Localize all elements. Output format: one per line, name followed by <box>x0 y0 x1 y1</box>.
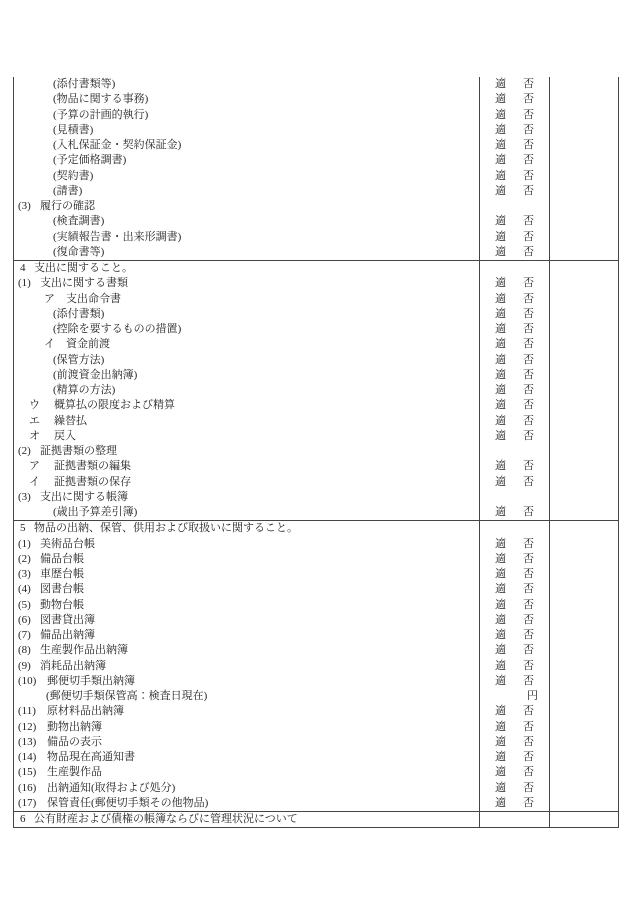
fail-mark: 否 <box>523 704 534 719</box>
table-row: (精算の方法) 適否 <box>14 383 618 398</box>
remarks-cell <box>549 429 618 444</box>
item-label-cell: (17) 保管責任(郵便切手類その他物品) <box>14 796 479 811</box>
remarks-cell <box>549 444 618 459</box>
item-number: (15) <box>18 765 47 780</box>
pass-mark: 適 <box>495 398 506 413</box>
table-row: (10) 郵便切手類出納簿 適否 <box>14 674 618 689</box>
table-row: (15) 生産製作品 適否 <box>14 765 618 780</box>
pass-fail-cell: 適否 <box>479 77 549 92</box>
item-text: (添付書類) <box>53 307 104 322</box>
item-text: 生産製作品出納簿 <box>40 643 128 658</box>
pass-fail-cell: 適否 <box>479 245 549 260</box>
pass-mark: 適 <box>495 750 506 765</box>
pass-mark: 適 <box>495 92 506 107</box>
pass-mark: 適 <box>495 613 506 628</box>
item-label-cell: (9) 消耗品出納簿 <box>14 659 479 674</box>
pass-mark: 適 <box>495 567 506 582</box>
remarks-cell <box>549 505 618 520</box>
item-label-cell: (入札保証金・契約保証金) <box>14 138 479 153</box>
pass-mark: 適 <box>495 643 506 658</box>
pass-fail-cell <box>479 199 549 214</box>
item-text: 支出に関する帳簿 <box>40 490 128 505</box>
item-text: (控除を要するものの措置) <box>53 322 181 337</box>
item-text: (予算の計画的執行) <box>53 108 148 123</box>
pass-fail-cell: 適否 <box>479 153 549 168</box>
remarks-cell <box>549 613 618 628</box>
pass-fail-cell: 適否 <box>479 796 549 811</box>
fail-mark: 否 <box>523 276 534 291</box>
remarks-cell <box>549 414 618 429</box>
item-text: (実績報告書・出来形調書) <box>53 230 181 245</box>
item-text: 公有財産および債権の帳簿ならびに管理状況について <box>34 812 298 827</box>
item-text: (入札保証金・契約保証金) <box>53 138 181 153</box>
item-label-cell: 5 物品の出納、保管、供用および取扱いに関すること。 <box>14 521 479 536</box>
item-label-cell: (11) 原材料品出納簿 <box>14 704 479 719</box>
table-row: (実績報告書・出来形調書) 適否 <box>14 230 618 245</box>
fail-mark: 否 <box>523 613 534 628</box>
pass-mark: 適 <box>495 214 506 229</box>
item-number: (17) <box>18 796 47 811</box>
item-text: 車歴台帳 <box>40 567 84 582</box>
item-label-cell: ア 証拠書類の編集 <box>14 459 479 474</box>
fail-mark: 否 <box>523 475 534 490</box>
fail-mark: 否 <box>523 598 534 613</box>
table-row: (物品に関する事務) 適否 <box>14 92 618 107</box>
item-number: (3) <box>18 567 40 582</box>
item-label-cell: (4) 図書台帳 <box>14 582 479 597</box>
table-row: (添付書類) 適否 <box>14 307 618 322</box>
fail-mark: 否 <box>523 214 534 229</box>
pass-fail-cell: 適否 <box>479 720 549 735</box>
pass-fail-cell: 適否 <box>479 582 549 597</box>
pass-mark: 適 <box>495 475 506 490</box>
pass-fail-cell: 適否 <box>479 781 549 796</box>
pass-mark: 適 <box>495 138 506 153</box>
item-label-cell: (2) 証拠書類の整理 <box>14 444 479 459</box>
table-row: (12) 動物出納簿 適否 <box>14 720 618 735</box>
fail-mark: 否 <box>523 123 534 138</box>
item-label-cell: (8) 生産製作品出納簿 <box>14 643 479 658</box>
item-number: エ <box>29 414 54 429</box>
remarks-cell <box>549 659 618 674</box>
item-label-cell: イ 証拠書類の保存 <box>14 475 479 490</box>
scanned-checklist-page: (添付書類等) 適否 (物品に関する事務) 適否 (予算の計画的執行) 適否 (… <box>0 0 630 903</box>
pass-fail-cell: 適否 <box>479 184 549 199</box>
pass-fail-cell: 適否 <box>479 613 549 628</box>
table-row: (前渡資金出納簿) 適否 <box>14 368 618 383</box>
table-row: (9) 消耗品出納簿 適否 <box>14 659 618 674</box>
pass-fail-cell: 適否 <box>479 598 549 613</box>
remarks-cell <box>549 383 618 398</box>
table-row: (検査調書) 適否 <box>14 214 618 229</box>
item-label-cell: (1) 美術品台帳 <box>14 537 479 552</box>
item-text: (歳出予算差引簿) <box>53 505 137 520</box>
table-row: (11) 原材料品出納簿 適否 <box>14 704 618 719</box>
pass-mark: 適 <box>495 230 506 245</box>
item-text: 資金前渡 <box>66 337 110 352</box>
item-label-cell: (6) 図書貸出簿 <box>14 613 479 628</box>
pass-fail-cell: 適否 <box>479 92 549 107</box>
fail-mark: 否 <box>523 184 534 199</box>
item-number: (14) <box>18 750 47 765</box>
remarks-cell <box>549 781 618 796</box>
remarks-cell <box>549 322 618 337</box>
pass-fail-cell: 適否 <box>479 750 549 765</box>
remarks-cell <box>549 153 618 168</box>
item-text: 支出に関する書類 <box>40 276 128 291</box>
item-text: (契約書) <box>53 169 93 184</box>
fail-mark: 否 <box>523 720 534 735</box>
fail-mark: 否 <box>523 659 534 674</box>
table-row: (16) 出納通知(取得および処分) 適否 <box>14 781 618 796</box>
remarks-cell <box>549 92 618 107</box>
remarks-cell <box>549 750 618 765</box>
item-label-cell: (物品に関する事務) <box>14 92 479 107</box>
pass-fail-cell <box>479 261 549 276</box>
fail-mark: 否 <box>523 92 534 107</box>
pass-mark: 適 <box>495 598 506 613</box>
table-row: (1) 美術品台帳 適否 <box>14 537 618 552</box>
item-number: (10) <box>18 674 47 689</box>
pass-fail-cell: 適否 <box>479 459 549 474</box>
table-row: (14) 物品現在高通知書 適否 <box>14 750 618 765</box>
remarks-cell <box>549 261 618 276</box>
pass-mark: 適 <box>495 796 506 811</box>
pass-mark: 適 <box>495 765 506 780</box>
item-label-cell: (12) 動物出納簿 <box>14 720 479 735</box>
fail-mark: 否 <box>523 245 534 260</box>
remarks-cell <box>549 398 618 413</box>
remarks-cell <box>549 353 618 368</box>
pass-fail-cell: 適否 <box>479 169 549 184</box>
pass-mark: 適 <box>495 735 506 750</box>
pass-mark: 適 <box>495 292 506 307</box>
item-text: (予定価格調書) <box>53 153 126 168</box>
item-text: 美術品台帳 <box>40 537 95 552</box>
item-label-cell: (予算の計画的執行) <box>14 108 479 123</box>
remarks-cell <box>549 230 618 245</box>
item-label-cell: (3) 車歴台帳 <box>14 567 479 582</box>
table-row: (郵便切手類保管高：検査日現在) 円 <box>14 689 618 704</box>
pass-mark: 適 <box>495 108 506 123</box>
remarks-cell <box>549 276 618 291</box>
item-text: (添付書類等) <box>53 77 115 92</box>
pass-fail-cell: 適否 <box>479 276 549 291</box>
remarks-cell <box>549 765 618 780</box>
fail-mark: 否 <box>523 750 534 765</box>
pass-fail-cell: 適否 <box>479 307 549 322</box>
item-number: (6) <box>18 613 40 628</box>
item-label-cell: (保管方法) <box>14 353 479 368</box>
table-row: (13) 備品の表示 適否 <box>14 735 618 750</box>
item-text: 概算払の限度および精算 <box>54 398 175 413</box>
item-label-cell: (実績報告書・出来形調書) <box>14 230 479 245</box>
remarks-cell <box>549 138 618 153</box>
pass-mark: 適 <box>495 184 506 199</box>
remarks-cell <box>549 812 618 827</box>
pass-fail-cell: 適否 <box>479 414 549 429</box>
remarks-cell <box>549 368 618 383</box>
remarks-cell <box>549 214 618 229</box>
table-row: (入札保証金・契約保証金) 適否 <box>14 138 618 153</box>
pass-fail-cell <box>479 812 549 827</box>
item-label-cell: (3) 支出に関する帳簿 <box>14 490 479 505</box>
item-text: 動物台帳 <box>40 598 84 613</box>
pass-mark: 適 <box>495 659 506 674</box>
item-text: 証拠書類の編集 <box>54 459 131 474</box>
pass-mark: 適 <box>495 537 506 552</box>
table-row: イ 証拠書類の保存 適否 <box>14 475 618 490</box>
table-row: ウ 概算払の限度および精算 適否 <box>14 398 618 413</box>
pass-mark: 適 <box>495 245 506 260</box>
item-label-cell: (契約書) <box>14 169 479 184</box>
pass-mark: 適 <box>495 368 506 383</box>
remarks-cell <box>549 796 618 811</box>
fail-mark: 否 <box>523 322 534 337</box>
pass-fail-cell: 適否 <box>479 475 549 490</box>
fail-mark: 否 <box>523 643 534 658</box>
pass-mark: 適 <box>495 276 506 291</box>
table-row: (予算の計画的執行) 適否 <box>14 108 618 123</box>
item-label-cell: (16) 出納通知(取得および処分) <box>14 781 479 796</box>
pass-mark: 適 <box>495 77 506 92</box>
remarks-cell <box>549 123 618 138</box>
item-label-cell: (添付書類) <box>14 307 479 322</box>
fail-mark: 否 <box>523 567 534 582</box>
item-text: (物品に関する事務) <box>53 92 148 107</box>
item-label-cell: (3) 履行の確認 <box>14 199 479 214</box>
item-number: (12) <box>18 720 47 735</box>
fail-mark: 否 <box>523 230 534 245</box>
item-number: (2) <box>18 444 40 459</box>
item-text: 証拠書類の保存 <box>54 475 131 490</box>
remarks-cell <box>549 643 618 658</box>
table-row: 6 公有財産および債権の帳簿ならびに管理状況について <box>14 811 618 827</box>
fail-mark: 否 <box>523 765 534 780</box>
remarks-cell <box>549 735 618 750</box>
pass-mark: 適 <box>495 505 506 520</box>
fail-mark: 否 <box>523 414 534 429</box>
pass-fail-cell: 適否 <box>479 398 549 413</box>
item-number: イ <box>29 475 54 490</box>
item-text: (請書) <box>53 184 82 199</box>
item-text: (精算の方法) <box>53 383 115 398</box>
pass-fail-cell: 適否 <box>479 567 549 582</box>
item-text: (前渡資金出納簿) <box>53 368 137 383</box>
pass-mark: 適 <box>495 582 506 597</box>
pass-mark: 適 <box>495 720 506 735</box>
table-row: (4) 図書台帳 適否 <box>14 582 618 597</box>
item-number: (3) <box>18 490 40 505</box>
pass-fail-cell: 適否 <box>479 735 549 750</box>
fail-mark: 否 <box>523 169 534 184</box>
table-row: (3) 履行の確認 <box>14 199 618 214</box>
pass-fail-cell: 適否 <box>479 353 549 368</box>
item-text: (保管方法) <box>53 353 104 368</box>
pass-mark: 適 <box>495 459 506 474</box>
fail-mark: 否 <box>523 398 534 413</box>
item-label-cell: (歳出予算差引簿) <box>14 505 479 520</box>
checklist-table: (添付書類等) 適否 (物品に関する事務) 適否 (予算の計画的執行) 適否 (… <box>13 77 619 828</box>
item-text: 戻入 <box>54 429 76 444</box>
item-number: ウ <box>29 398 54 413</box>
pass-fail-cell: 適否 <box>479 214 549 229</box>
remarks-cell <box>549 108 618 123</box>
item-label-cell: (予定価格調書) <box>14 153 479 168</box>
item-number: (11) <box>18 704 47 719</box>
item-number: 6 <box>20 812 34 827</box>
item-number: 4 <box>20 261 34 276</box>
pass-fail-cell: 適否 <box>479 659 549 674</box>
item-label-cell: (7) 備品出納簿 <box>14 628 479 643</box>
remarks-cell <box>549 689 618 704</box>
table-row: (1) 支出に関する書類 適否 <box>14 276 618 291</box>
item-label-cell: (14) 物品現在高通知書 <box>14 750 479 765</box>
pass-fail-cell: 適否 <box>479 337 549 352</box>
item-number: 5 <box>20 521 34 536</box>
table-row: (17) 保管責任(郵便切手類その他物品) 適否 <box>14 796 618 811</box>
fail-mark: 否 <box>523 537 534 552</box>
item-label-cell: エ 繰替払 <box>14 414 479 429</box>
yen-unit-label: 円 <box>527 689 538 704</box>
item-label-cell: (添付書類等) <box>14 77 479 92</box>
fail-mark: 否 <box>523 628 534 643</box>
pass-fail-cell: 適否 <box>479 123 549 138</box>
item-text: 郵便切手類出納簿 <box>47 674 135 689</box>
table-row: ア 支出命令書 適否 <box>14 292 618 307</box>
item-number: オ <box>29 429 54 444</box>
remarks-cell <box>549 704 618 719</box>
item-number: イ <box>44 337 66 352</box>
item-text: 物品の出納、保管、供用および取扱いに関すること。 <box>34 521 298 536</box>
fail-mark: 否 <box>523 781 534 796</box>
table-row: 5 物品の出納、保管、供用および取扱いに関すること。 <box>14 520 618 536</box>
remarks-cell <box>549 245 618 260</box>
table-row: (保管方法) 適否 <box>14 353 618 368</box>
remarks-cell <box>549 292 618 307</box>
table-row: (7) 備品出納簿 適否 <box>14 628 618 643</box>
pass-fail-cell: 適否 <box>479 292 549 307</box>
item-label-cell: (13) 備品の表示 <box>14 735 479 750</box>
item-text: 消耗品出納簿 <box>40 659 106 674</box>
remarks-cell <box>549 184 618 199</box>
item-label-cell: (1) 支出に関する書類 <box>14 276 479 291</box>
fail-mark: 否 <box>523 383 534 398</box>
fail-mark: 否 <box>523 108 534 123</box>
item-label-cell: 4 支出に関すること。 <box>14 261 479 276</box>
pass-mark: 適 <box>495 153 506 168</box>
item-label-cell: (10) 郵便切手類出納簿 <box>14 674 479 689</box>
item-number: (2) <box>18 552 40 567</box>
item-text: 履行の確認 <box>40 199 95 214</box>
item-number: (16) <box>18 781 47 796</box>
pass-fail-cell: 適否 <box>479 230 549 245</box>
fail-mark: 否 <box>523 368 534 383</box>
pass-mark: 適 <box>495 704 506 719</box>
fail-mark: 否 <box>523 337 534 352</box>
pass-fail-cell <box>479 444 549 459</box>
fail-mark: 否 <box>523 153 534 168</box>
fail-mark: 否 <box>523 429 534 444</box>
remarks-cell <box>549 77 618 92</box>
table-row: (添付書類等) 適否 <box>14 77 618 92</box>
item-text: 備品出納簿 <box>40 628 95 643</box>
remarks-cell <box>549 674 618 689</box>
item-label-cell: ア 支出命令書 <box>14 292 479 307</box>
fail-mark: 否 <box>523 459 534 474</box>
pass-mark: 適 <box>495 552 506 567</box>
item-number: (5) <box>18 598 40 613</box>
remarks-cell <box>549 567 618 582</box>
fail-mark: 否 <box>523 77 534 92</box>
item-label-cell: (15) 生産製作品 <box>14 765 479 780</box>
item-label-cell: (請書) <box>14 184 479 199</box>
pass-fail-cell: 適否 <box>479 765 549 780</box>
pass-fail-cell: 適否 <box>479 643 549 658</box>
fail-mark: 否 <box>523 353 534 368</box>
table-row: (2) 証拠書類の整理 <box>14 444 618 459</box>
item-label-cell: (精算の方法) <box>14 383 479 398</box>
item-text: 生産製作品 <box>47 765 102 780</box>
item-number: (1) <box>18 537 40 552</box>
fail-mark: 否 <box>523 505 534 520</box>
table-row: (3) 支出に関する帳簿 <box>14 490 618 505</box>
item-text: (復命書等) <box>53 245 104 260</box>
pass-fail-cell: 適否 <box>479 383 549 398</box>
fail-mark: 否 <box>523 582 534 597</box>
item-number: (7) <box>18 628 40 643</box>
item-label-cell: イ 資金前渡 <box>14 337 479 352</box>
remarks-cell <box>549 337 618 352</box>
pass-mark: 適 <box>495 169 506 184</box>
fail-mark: 否 <box>523 735 534 750</box>
pass-fail-cell: 適否 <box>479 537 549 552</box>
pass-fail-cell: 適否 <box>479 552 549 567</box>
fail-mark: 否 <box>523 138 534 153</box>
pass-fail-cell: 適否 <box>479 108 549 123</box>
table-row: (契約書) 適否 <box>14 169 618 184</box>
table-row: イ 資金前渡 適否 <box>14 337 618 352</box>
pass-fail-cell: 適否 <box>479 368 549 383</box>
item-number: (4) <box>18 582 40 597</box>
item-number: (13) <box>18 735 47 750</box>
item-label-cell: (控除を要するものの措置) <box>14 322 479 337</box>
remarks-cell <box>549 490 618 505</box>
remarks-cell <box>549 475 618 490</box>
item-number: (3) <box>18 199 40 214</box>
pass-mark: 適 <box>495 353 506 368</box>
fail-mark: 否 <box>523 292 534 307</box>
table-row: (3) 車歴台帳 適否 <box>14 567 618 582</box>
item-text: 支出命令書 <box>66 292 121 307</box>
item-text: 物品現在高通知書 <box>47 750 135 765</box>
remarks-cell <box>549 537 618 552</box>
table-row: (6) 図書貸出簿 適否 <box>14 613 618 628</box>
item-number: ア <box>44 292 66 307</box>
pass-mark: 適 <box>495 781 506 796</box>
pass-fail-cell: 適否 <box>479 505 549 520</box>
table-row: (復命書等) 適否 <box>14 245 618 260</box>
pass-mark: 適 <box>495 628 506 643</box>
pass-fail-cell: 適否 <box>479 674 549 689</box>
fail-mark: 否 <box>523 796 534 811</box>
item-text: 出納通知(取得および処分) <box>47 781 175 796</box>
item-label-cell: (前渡資金出納簿) <box>14 368 479 383</box>
fail-mark: 否 <box>523 307 534 322</box>
table-row: オ 戻入 適否 <box>14 429 618 444</box>
pass-mark: 適 <box>495 383 506 398</box>
item-label-cell: (5) 動物台帳 <box>14 598 479 613</box>
